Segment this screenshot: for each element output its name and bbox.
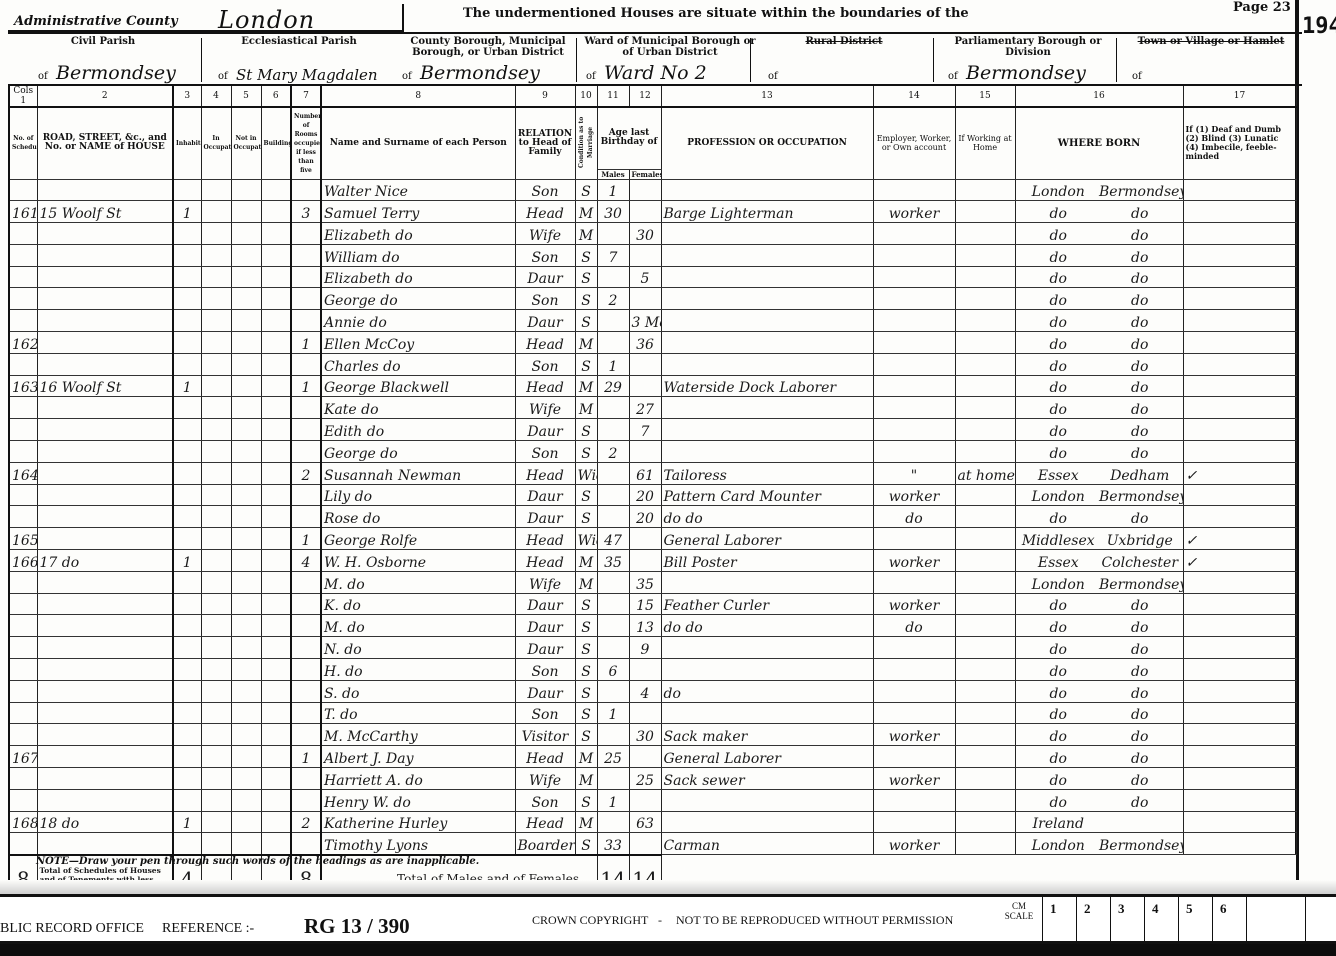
infirmity xyxy=(1183,768,1296,790)
rooms-count: 1 xyxy=(291,375,321,397)
rooms-count xyxy=(291,724,321,746)
building xyxy=(261,746,291,768)
birth-county: do xyxy=(1018,773,1100,789)
birth-county: do xyxy=(1018,707,1100,723)
occupation xyxy=(661,244,873,266)
age-female: 63 xyxy=(629,811,661,833)
age-female xyxy=(629,353,661,375)
occupation: General Laborer xyxy=(661,528,873,550)
rooms-count: 1 xyxy=(291,746,321,768)
age-female xyxy=(629,244,661,266)
occupation xyxy=(661,702,873,724)
relation: Head xyxy=(515,201,575,223)
administrative-county-label: Administrative County xyxy=(14,14,178,29)
where-born: dodo xyxy=(1015,637,1183,659)
marital-condition: S xyxy=(575,310,597,332)
address xyxy=(37,441,173,463)
schedule-number xyxy=(9,659,37,681)
person-name: T. do xyxy=(321,702,515,724)
address xyxy=(37,724,173,746)
schedule-number xyxy=(9,288,37,310)
where-born: dodo xyxy=(1015,724,1183,746)
where-born: dodo xyxy=(1015,310,1183,332)
building xyxy=(261,201,291,223)
schedule-number: 168 xyxy=(9,811,37,833)
birth-county: do xyxy=(1018,337,1100,353)
birth-county: London xyxy=(1018,838,1100,854)
infirmity xyxy=(1183,702,1296,724)
table-row: George doSonS2dodo xyxy=(9,288,1296,310)
where-born: MiddlesexUxbridge xyxy=(1015,528,1183,550)
working-at-home xyxy=(955,266,1015,288)
birth-county: London xyxy=(1018,184,1100,200)
where-born: dodo xyxy=(1015,288,1183,310)
in-occupation xyxy=(201,789,231,811)
birth-county: London xyxy=(1018,489,1100,505)
employment-status xyxy=(873,397,955,419)
where-born: dodo xyxy=(1015,201,1183,223)
header-age: Age last Birthday of xyxy=(597,107,661,169)
occupation xyxy=(661,571,873,593)
employment-status xyxy=(873,441,955,463)
marital-condition: S xyxy=(575,288,597,310)
occupation xyxy=(661,659,873,681)
column-number: 13 xyxy=(661,86,873,107)
occupation: Pattern Card Mounter xyxy=(661,484,873,506)
schedule-number xyxy=(9,506,37,528)
table-row: Lily doDaurS20Pattern Card Mounterworker… xyxy=(9,484,1296,506)
column-number: Cols 1 xyxy=(9,86,37,107)
age-male: 2 xyxy=(597,288,629,310)
occupation xyxy=(661,637,873,659)
town-village-label: Town or Village or Hamlet xyxy=(1120,36,1302,47)
rooms-count xyxy=(291,179,321,201)
infirmity xyxy=(1183,659,1296,681)
inhabited-count xyxy=(173,571,201,593)
rooms-count: 3 xyxy=(291,201,321,223)
column-number: 7 xyxy=(291,86,321,107)
working-at-home xyxy=(955,201,1015,223)
ward-field: Ward of Municipal Borough or of Urban Di… xyxy=(580,34,760,86)
relation: Daur xyxy=(515,484,575,506)
municipal-borough-field: County Borough, Municipal Borough, or Ur… xyxy=(398,34,578,86)
birth-place: do xyxy=(1099,206,1181,222)
birth-county: do xyxy=(1018,271,1100,287)
folio-number: 194 xyxy=(1302,14,1336,39)
page-header: Administrative County London The underme… xyxy=(8,0,1302,86)
marital-condition: S xyxy=(575,179,597,201)
cm-scale-ruler: 1 2 3 4 5 6 xyxy=(1042,897,1306,941)
of-label: of xyxy=(586,71,596,82)
building xyxy=(261,593,291,615)
in-occupation xyxy=(201,441,231,463)
person-name: H. do xyxy=(321,659,515,681)
in-occupation xyxy=(201,266,231,288)
age-female: 25 xyxy=(629,768,661,790)
birth-place: do xyxy=(1099,751,1181,767)
birth-county: do xyxy=(1018,315,1100,331)
age-male: 30 xyxy=(597,201,629,223)
relation: Head xyxy=(515,746,575,768)
table-row: M. doWifeM35LondonBermondsey xyxy=(9,571,1296,593)
header-females: Females xyxy=(629,169,661,179)
column-number: 5 xyxy=(231,86,261,107)
relation: Son xyxy=(515,179,575,201)
age-male xyxy=(597,724,629,746)
occupation: Sack maker xyxy=(661,724,873,746)
infirmity xyxy=(1183,506,1296,528)
not-in-occupation xyxy=(231,702,261,724)
infirmity xyxy=(1183,811,1296,833)
relation: Son xyxy=(515,353,575,375)
header-males: Males xyxy=(597,169,629,179)
column-number: 4 xyxy=(201,86,231,107)
relation: Wife xyxy=(515,397,575,419)
person-name: William do xyxy=(321,244,515,266)
age-male xyxy=(597,506,629,528)
age-female: 5 xyxy=(629,266,661,288)
age-male xyxy=(597,462,629,484)
marital-condition: M xyxy=(575,746,597,768)
table-row: S. doDaurS4dododo xyxy=(9,680,1296,702)
birth-county: Ireland xyxy=(1018,816,1100,832)
where-born: dodo xyxy=(1015,419,1183,441)
rooms-count xyxy=(291,419,321,441)
birth-county: do xyxy=(1018,380,1100,396)
person-name: George Blackwell xyxy=(321,375,515,397)
schedule-number: 163 xyxy=(9,375,37,397)
not-in-occupation xyxy=(231,550,261,572)
employment-status: worker xyxy=(873,768,955,790)
in-occupation xyxy=(201,375,231,397)
table-row: Walter NiceSonS1LondonBermondsey xyxy=(9,179,1296,201)
inhabited-count: 1 xyxy=(173,811,201,833)
relation: Head xyxy=(515,375,575,397)
employment-status: worker xyxy=(873,201,955,223)
in-occupation xyxy=(201,571,231,593)
where-born: dodo xyxy=(1015,789,1183,811)
not-in-occupation xyxy=(231,288,261,310)
rooms-count xyxy=(291,244,321,266)
in-occupation xyxy=(201,528,231,550)
in-occupation xyxy=(201,332,231,354)
not-in-occupation xyxy=(231,310,261,332)
relation: Daur xyxy=(515,506,575,528)
civil-parish-field: Civil Parish of Bermondsey xyxy=(8,34,198,86)
not-in-occupation xyxy=(231,593,261,615)
column-number: 16 xyxy=(1015,86,1183,107)
in-occupation xyxy=(201,680,231,702)
marital-condition: S xyxy=(575,659,597,681)
address xyxy=(37,746,173,768)
ward-value: Ward No 2 xyxy=(598,62,713,85)
in-occupation xyxy=(201,833,231,855)
column-number: 8 xyxy=(321,86,515,107)
where-born: dodo xyxy=(1015,441,1183,463)
building xyxy=(261,506,291,528)
in-occupation xyxy=(201,593,231,615)
ecclesiastical-parish-label: Ecclesiastical Parish xyxy=(204,36,394,47)
marital-condition: S xyxy=(575,615,597,637)
infirmity xyxy=(1183,593,1296,615)
table-row: Elizabeth doWifeM30dodo xyxy=(9,223,1296,245)
birth-place: do xyxy=(1099,620,1181,636)
employment-status xyxy=(873,811,955,833)
marital-condition: M xyxy=(575,550,597,572)
in-occupation xyxy=(201,310,231,332)
header-in-occupation: In Occupation xyxy=(201,107,231,179)
address xyxy=(37,462,173,484)
marital-condition: S xyxy=(575,724,597,746)
infirmity xyxy=(1183,833,1296,855)
table-row: K. doDaurS15Feather Curlerworkerdodo xyxy=(9,593,1296,615)
working-at-home xyxy=(955,441,1015,463)
schedule-number xyxy=(9,353,37,375)
marital-condition: Wid xyxy=(575,462,597,484)
building xyxy=(261,680,291,702)
relation: Son xyxy=(515,244,575,266)
rooms-count xyxy=(291,506,321,528)
where-born: LondonBermondsey xyxy=(1015,833,1183,855)
birth-place: Bermondsey xyxy=(1099,489,1181,505)
working-at-home xyxy=(955,332,1015,354)
birth-county: do xyxy=(1018,228,1100,244)
inhabited-count: 1 xyxy=(173,550,201,572)
header-inhabited: Inhabited xyxy=(173,107,201,179)
occupation: Carman xyxy=(661,833,873,855)
birth-place: Bermondsey xyxy=(1099,184,1181,200)
schedule-number xyxy=(9,179,37,201)
working-at-home xyxy=(955,746,1015,768)
relation: Wife xyxy=(515,223,575,245)
not-in-occupation xyxy=(231,659,261,681)
in-occupation xyxy=(201,419,231,441)
building xyxy=(261,310,291,332)
birth-place: do xyxy=(1099,228,1181,244)
header-condition: Condition as to Marriage xyxy=(575,107,597,179)
in-occupation xyxy=(201,179,231,201)
address xyxy=(37,593,173,615)
employment-status: worker xyxy=(873,833,955,855)
birth-place: do xyxy=(1099,642,1181,658)
where-born: dodo xyxy=(1015,397,1183,419)
copyright-label: CROWN COPYRIGHT xyxy=(532,913,648,928)
relation: Daur xyxy=(515,615,575,637)
header-at-home: If Working at Home xyxy=(955,107,1015,179)
marital-condition: M xyxy=(575,223,597,245)
working-at-home xyxy=(955,353,1015,375)
working-at-home xyxy=(955,484,1015,506)
admin-districts-row: Civil Parish of Bermondsey Ecclesiastica… xyxy=(8,32,1302,86)
schedule-number xyxy=(9,441,37,463)
birth-place: do xyxy=(1099,729,1181,745)
address xyxy=(37,680,173,702)
occupation: General Laborer xyxy=(661,746,873,768)
address: 18 do xyxy=(37,811,173,833)
relation: Head xyxy=(515,811,575,833)
age-male xyxy=(597,223,629,245)
where-born: dodo xyxy=(1015,659,1183,681)
age-male: 33 xyxy=(597,833,629,855)
town-village-value xyxy=(1146,84,1266,85)
where-born: dodo xyxy=(1015,223,1183,245)
scan-border xyxy=(0,944,1336,956)
inhabited-count xyxy=(173,593,201,615)
age-male: 47 xyxy=(597,528,629,550)
marital-condition: S xyxy=(575,441,597,463)
marital-condition: S xyxy=(575,637,597,659)
rooms-count: 2 xyxy=(291,462,321,484)
address xyxy=(37,397,173,419)
age-male xyxy=(597,332,629,354)
table-row: Henry W. doSonS1dodo xyxy=(9,789,1296,811)
person-name: M. do xyxy=(321,571,515,593)
working-at-home xyxy=(955,702,1015,724)
marital-condition: S xyxy=(575,266,597,288)
relation: Boarder xyxy=(515,833,575,855)
infirmity: ✓ xyxy=(1183,528,1296,550)
not-in-occupation xyxy=(231,746,261,768)
marital-condition: S xyxy=(575,353,597,375)
marital-condition: M xyxy=(575,332,597,354)
schedule-number: 161 xyxy=(9,201,37,223)
employment-status xyxy=(873,637,955,659)
schedule-number: 166 xyxy=(9,550,37,572)
infirmity xyxy=(1183,484,1296,506)
cm-mark: 3 xyxy=(1110,897,1144,941)
birth-county: Middlesex xyxy=(1018,533,1100,549)
relation: Son xyxy=(515,789,575,811)
birth-place: do xyxy=(1099,315,1181,331)
birth-county: do xyxy=(1018,686,1100,702)
not-in-occupation xyxy=(231,789,261,811)
birth-place: do xyxy=(1099,380,1181,396)
relation: Daur xyxy=(515,266,575,288)
parliamentary-division-value: Bermondsey xyxy=(960,62,1092,85)
relation: Wife xyxy=(515,768,575,790)
where-born: dodo xyxy=(1015,266,1183,288)
relation: Head xyxy=(515,528,575,550)
table-row: George doSonS2dodo xyxy=(9,441,1296,463)
infirmity xyxy=(1183,637,1296,659)
building xyxy=(261,789,291,811)
column-number: 9 xyxy=(515,86,575,107)
not-in-occupation xyxy=(231,615,261,637)
inhabited-count xyxy=(173,244,201,266)
in-occupation xyxy=(201,746,231,768)
where-born: dodo xyxy=(1015,702,1183,724)
relation: Son xyxy=(515,441,575,463)
not-in-occupation xyxy=(231,462,261,484)
not-in-occupation xyxy=(231,244,261,266)
infirmity xyxy=(1183,288,1296,310)
building xyxy=(261,811,291,833)
in-occupation xyxy=(201,201,231,223)
address xyxy=(37,332,173,354)
building xyxy=(261,659,291,681)
inhabited-count xyxy=(173,223,201,245)
infirmity xyxy=(1183,746,1296,768)
person-name: Elizabeth do xyxy=(321,223,515,245)
inhabited-count xyxy=(173,419,201,441)
archive-footer: BLIC RECORD OFFICE REFERENCE :- RG 13 / … xyxy=(0,894,1336,944)
employment-status: worker xyxy=(873,724,955,746)
age-female: 7 xyxy=(629,419,661,441)
age-female: 20 xyxy=(629,506,661,528)
address xyxy=(37,484,173,506)
age-male: 1 xyxy=(597,702,629,724)
person-name: Susannah Newman xyxy=(321,462,515,484)
of-label: of xyxy=(402,71,412,82)
age-male xyxy=(597,593,629,615)
building xyxy=(261,550,291,572)
age-female xyxy=(629,833,661,855)
age-female xyxy=(629,702,661,724)
address xyxy=(37,768,173,790)
employment-status xyxy=(873,680,955,702)
marital-condition: M xyxy=(575,201,597,223)
where-born: LondonBermondsey xyxy=(1015,484,1183,506)
age-male xyxy=(597,484,629,506)
person-name: Charles do xyxy=(321,353,515,375)
census-table: Cols 1 2 3 4 5 6 7 8 9 10 11 12 13 14 15… xyxy=(8,86,1297,906)
infirmity xyxy=(1183,310,1296,332)
marital-condition: S xyxy=(575,702,597,724)
where-born: dodo xyxy=(1015,244,1183,266)
employment-status xyxy=(873,266,955,288)
schedule-number xyxy=(9,571,37,593)
person-name: Elizabeth do xyxy=(321,266,515,288)
relation: Daur xyxy=(515,310,575,332)
building xyxy=(261,528,291,550)
working-at-home: at home xyxy=(955,462,1015,484)
birth-county: London xyxy=(1018,577,1100,593)
age-male: 1 xyxy=(597,179,629,201)
rooms-count xyxy=(291,441,321,463)
table-row: 1621Ellen McCoyHeadM36dodo xyxy=(9,332,1296,354)
age-female: 20 xyxy=(629,484,661,506)
employment-status xyxy=(873,179,955,201)
building xyxy=(261,397,291,419)
person-name: George do xyxy=(321,288,515,310)
birth-county: do xyxy=(1018,642,1100,658)
rooms-count xyxy=(291,223,321,245)
boundaries-banner: The undermentioned Houses are situate wi… xyxy=(463,6,969,21)
rooms-count xyxy=(291,833,321,855)
age-male: 1 xyxy=(597,353,629,375)
birth-place: do xyxy=(1099,337,1181,353)
building xyxy=(261,441,291,463)
header-infirmity: If (1) Deaf and Dumb (2) Blind (3) Lunat… xyxy=(1183,107,1296,179)
birth-place: do xyxy=(1099,271,1181,287)
schedule-number xyxy=(9,484,37,506)
not-in-occupation xyxy=(231,833,261,855)
birth-place: do xyxy=(1099,359,1181,375)
employment-status xyxy=(873,310,955,332)
infirmity xyxy=(1183,789,1296,811)
column-numbers-row: Cols 1 2 3 4 5 6 7 8 9 10 11 12 13 14 15… xyxy=(9,86,1296,107)
rooms-count xyxy=(291,593,321,615)
relation: Daur xyxy=(515,593,575,615)
marital-condition: M xyxy=(575,571,597,593)
building xyxy=(261,353,291,375)
not-in-occupation xyxy=(231,528,261,550)
person-name: Lily do xyxy=(321,484,515,506)
employment-status: do xyxy=(873,506,955,528)
address xyxy=(37,637,173,659)
inhabited-count xyxy=(173,615,201,637)
address xyxy=(37,789,173,811)
